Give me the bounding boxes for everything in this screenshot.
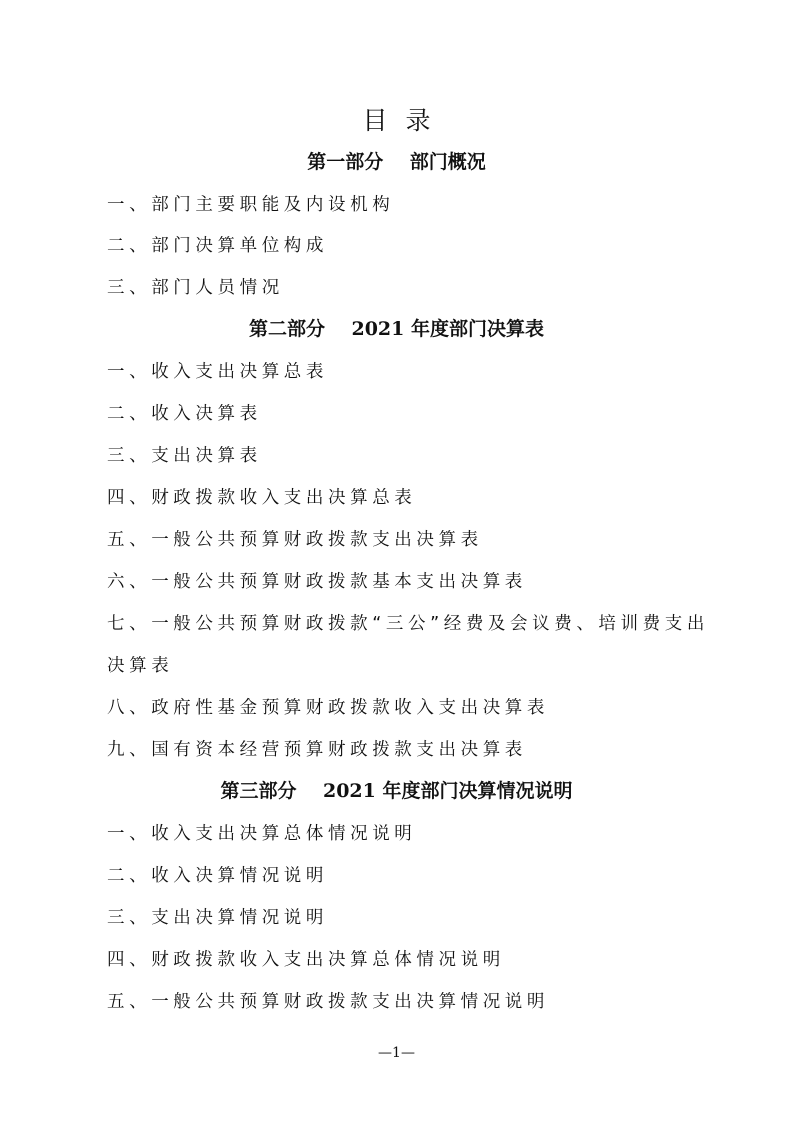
toc-item: 五、一般公共预算财政拨款支出决算情况说明: [107, 988, 549, 1013]
part-2-heading: 第二部分 2021 年度部门决算表: [0, 314, 793, 341]
page-number: —1—: [0, 1045, 793, 1061]
toc-item: 一、部门主要职能及内设机构: [107, 191, 394, 216]
toc-item: 二、部门决算单位构成: [107, 232, 328, 257]
toc-item: 三、部门人员情况: [107, 274, 284, 299]
toc-title: 目录: [0, 101, 793, 137]
toc-item: 五、一般公共预算财政拨款支出决算表: [107, 526, 483, 551]
toc-item: 一、收入支出决算总体情况说明: [107, 820, 416, 845]
toc-item: 一、收入支出决算总表: [107, 358, 328, 383]
toc-item: 四、财政拨款收入支出决算总表: [107, 484, 416, 509]
toc-item: 三、支出决算情况说明: [107, 904, 328, 929]
toc-item: 八、政府性基金预算财政拨款收入支出决算表: [107, 694, 549, 719]
toc-item-continuation: 决算表: [107, 652, 173, 677]
toc-item: 七、一般公共预算财政拨款“三公”经费及会议费、培训费支出: [107, 610, 709, 635]
toc-item: 四、财政拨款收入支出决算总体情况说明: [107, 946, 505, 971]
toc-item: 六、一般公共预算财政拨款基本支出决算表: [107, 568, 527, 593]
part-3-heading: 第三部分 2021 年度部门决算情况说明: [0, 776, 793, 803]
toc-item: 九、国有资本经营预算财政拨款支出决算表: [107, 736, 527, 761]
toc-item: 二、收入决算表: [107, 400, 262, 425]
toc-item: 二、收入决算情况说明: [107, 862, 328, 887]
part-1-heading: 第一部分 部门概况: [0, 147, 793, 174]
toc-item: 三、支出决算表: [107, 442, 262, 467]
